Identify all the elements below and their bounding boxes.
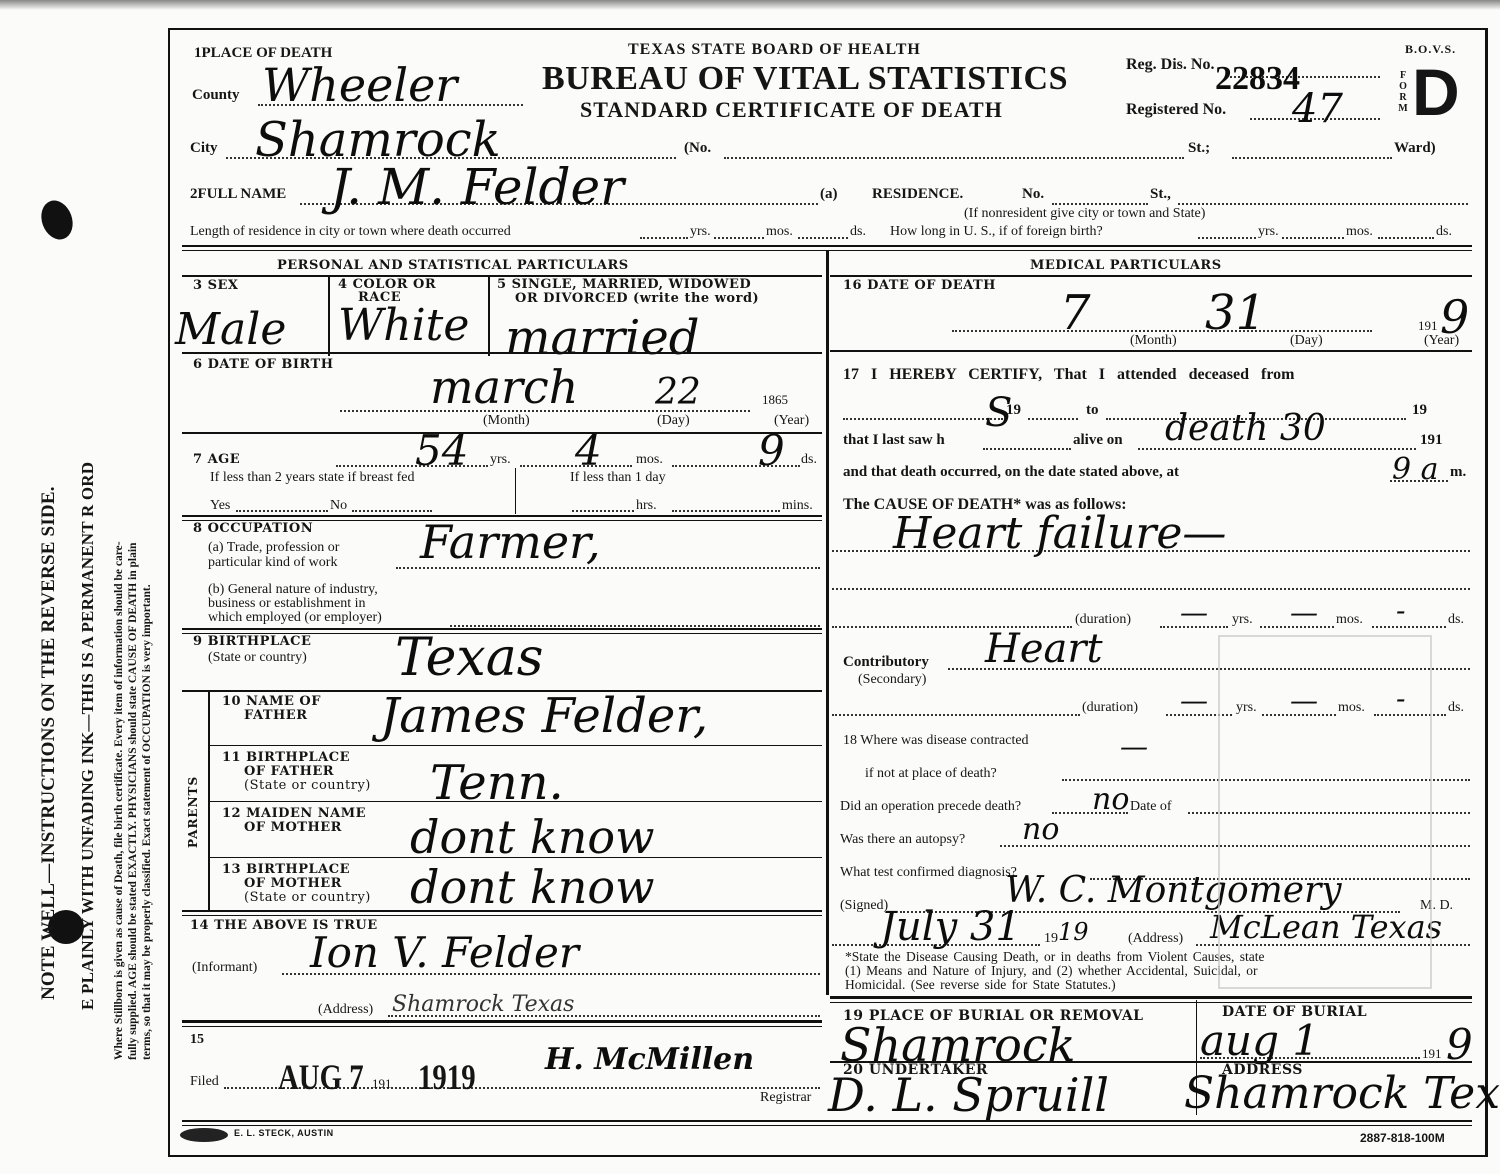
printer-credit: E. L. STECK, AUSTIN	[234, 1128, 334, 1138]
full-name-label: 2FULL NAME	[190, 186, 286, 203]
how-long-us-label: How long in U. S., if of foreign birth?	[890, 224, 1103, 240]
ward-label: Ward)	[1394, 140, 1436, 157]
filed-year: 1919	[418, 1056, 476, 1098]
death-occurred-label: and that death occurred, on the date sta…	[843, 464, 1179, 481]
parents-label: PARENTS	[186, 776, 200, 848]
mother-name-value: dont know	[410, 810, 654, 864]
mother-name-label: 12 MAIDEN NAMEOF MOTHER	[222, 807, 366, 835]
occupation-label: 8 OCCUPATION	[193, 521, 313, 536]
residence-no-label: No.	[1022, 186, 1044, 203]
county-label: County	[192, 87, 240, 104]
last-saw-label: that I last saw h	[843, 432, 945, 449]
bureau-title: BUREAU OF VITAL STATISTICS	[542, 60, 1068, 98]
undertaker-value: D. L. Spruill	[828, 1068, 1109, 1122]
sex-value: Male	[175, 304, 286, 355]
filed-month-day: AUG 7	[278, 1056, 364, 1098]
registered-number: 47	[1292, 86, 1343, 132]
registered-label: Registered No.	[1126, 101, 1226, 119]
age-years: 54	[415, 426, 468, 475]
left-margin-instructions: NOTE WELL—INSTRUCTIONS ON THE REVERSE SI…	[20, 60, 160, 1120]
color-value: White	[338, 300, 469, 351]
dod-day: 31	[1205, 285, 1266, 341]
reg-dis-label: Reg. Dis. No.	[1126, 56, 1214, 74]
informant-value: Ion V. Felder	[310, 928, 579, 977]
less-than-day-label: If less than 1 day	[570, 470, 666, 486]
cause-value: Heart failure—	[893, 508, 1226, 559]
birthplace-label: 9 BIRTHPLACE	[193, 634, 311, 649]
county-value: Wheeler	[262, 58, 457, 112]
board-title: TEXAS STATE BOARD OF HEALTH	[628, 41, 921, 59]
occupation-value: Farmer,	[420, 515, 601, 569]
full-name-suffix: (a)	[820, 186, 838, 203]
instruction-line-3: terms, so that it may be properly classi…	[140, 584, 154, 1060]
father-label: 10 NAME OFFATHER	[222, 695, 321, 723]
form-number: 2887-818-100M	[1360, 1131, 1445, 1145]
occupation-a-label: (a) Trade, profession orparticular kind …	[208, 540, 339, 570]
unfading-ink-line: E PLAINLY WITH UNFADING INK—THIS IS A PE…	[78, 462, 98, 1010]
contributory-label: Contributory	[843, 654, 929, 671]
sex-label: 3 SEX	[193, 278, 238, 293]
faint-stamp	[1218, 635, 1432, 989]
age-months: 4	[575, 426, 602, 475]
street-no-label: (No.	[684, 140, 711, 157]
age-label: 7 AGE	[193, 452, 240, 467]
dob-day: 22	[655, 372, 701, 413]
certificate-title: STANDARD CERTIFICATE OF DEATH	[580, 97, 1003, 123]
dod-month: 7	[1060, 285, 1091, 341]
certify-line: 17 I HEREBY CERTIFY, That I attended dec…	[843, 366, 1294, 384]
length-residence-label: Length of residence in city or town wher…	[190, 224, 511, 240]
birthplace-value: Texas	[395, 628, 543, 688]
father-birthplace-label: 11 BIRTHPLACEOF FATHER(State or country)	[222, 751, 371, 793]
personal-heading: PERSONAL AND STATISTICAL PARTICULARS	[277, 258, 629, 273]
age-days: 9	[758, 426, 785, 475]
occupation-b-label: (b) General nature of industry,business …	[208, 583, 382, 625]
marital-label: 5 SINGLE, MARRIED, WIDOWEDOR DIVORCED (w…	[497, 278, 759, 306]
mother-birthplace-value: dont know	[410, 860, 654, 914]
last-saw-value: death 30	[1165, 408, 1326, 449]
full-name-value: J. M. Felder	[330, 158, 624, 216]
medical-heading: MEDICAL PARTICULARS	[1030, 258, 1222, 273]
autopsy-label: Was there an autopsy?	[840, 832, 965, 848]
father-value: James Felder,	[380, 688, 708, 744]
dob-year: 1865	[762, 392, 788, 408]
disease-contracted-label: 18 Where was disease contracted	[843, 733, 1029, 749]
dob-month: march	[430, 360, 578, 414]
autopsy-value: no	[1022, 812, 1059, 847]
test-label: What test confirmed diagnosis?	[840, 865, 1017, 881]
instruction-line-2: fully supplied. AGE should be stated EXA…	[126, 543, 140, 1060]
disease-contracted-value: —	[1120, 730, 1148, 763]
informant-address-value: Shamrock Texas	[392, 992, 574, 1017]
printer-emblem-icon	[180, 1128, 228, 1142]
mother-birthplace-label: 13 BIRTHPLACEOF MOTHER(State or country)	[222, 863, 371, 905]
city-label: City	[190, 140, 218, 157]
registrar-label: Registrar	[760, 1090, 811, 1106]
instruction-line-1: Where Stillborn is given as cause of Dea…	[112, 541, 126, 1060]
breastfed-label: If less than 2 years state if breast fed	[210, 470, 414, 486]
informant-address-label: (Address)	[318, 1002, 373, 1018]
ink-blot-icon	[36, 196, 78, 244]
registrar-signature: H. McMillen	[545, 1042, 754, 1077]
filing-number: 15	[190, 1032, 204, 1048]
filed-label: Filed	[190, 1074, 219, 1090]
form-vertical-label: F O R M	[1398, 70, 1408, 114]
undertaker-address-value: Shamrock Tex	[1184, 1068, 1500, 1119]
dod-label: 16 DATE OF DEATH	[843, 278, 996, 293]
operation-label: Did an operation precede death?	[840, 799, 1021, 815]
st-label: St.;	[1188, 140, 1210, 157]
dob-label: 6 DATE OF BIRTH	[193, 357, 334, 372]
birthplace-sub: (State or country)	[208, 650, 307, 666]
signed-date: July 31	[880, 904, 1021, 950]
marital-value: married	[505, 310, 700, 366]
death-time: 9 a	[1392, 452, 1439, 487]
form-letter: D	[1412, 54, 1460, 130]
note-well-line: NOTE WELL—INSTRUCTIONS ON THE REVERSE SI…	[38, 486, 60, 1000]
reg-dis-number: 22834	[1215, 60, 1300, 98]
residence-note: (If nonresident give city or town and St…	[964, 206, 1205, 222]
column-divider	[826, 250, 829, 995]
residence-st-label: St.,	[1150, 186, 1171, 203]
residence-label: RESIDENCE.	[872, 186, 963, 203]
burial-date-value: aug 1	[1200, 1016, 1319, 1065]
attended-from-value: S	[985, 390, 1012, 436]
contributory-value: Heart	[985, 626, 1103, 672]
signed-year: 19	[1058, 918, 1089, 946]
father-birthplace-value: Tenn.	[430, 755, 564, 811]
secondary-label: (Secondary)	[858, 672, 926, 688]
cause-footnote: *State the Disease Causing Death, or in …	[845, 950, 1264, 992]
operation-value: no	[1092, 782, 1129, 817]
scan-top-edge	[0, 0, 1500, 10]
informant-label: (Informant)	[192, 960, 257, 976]
